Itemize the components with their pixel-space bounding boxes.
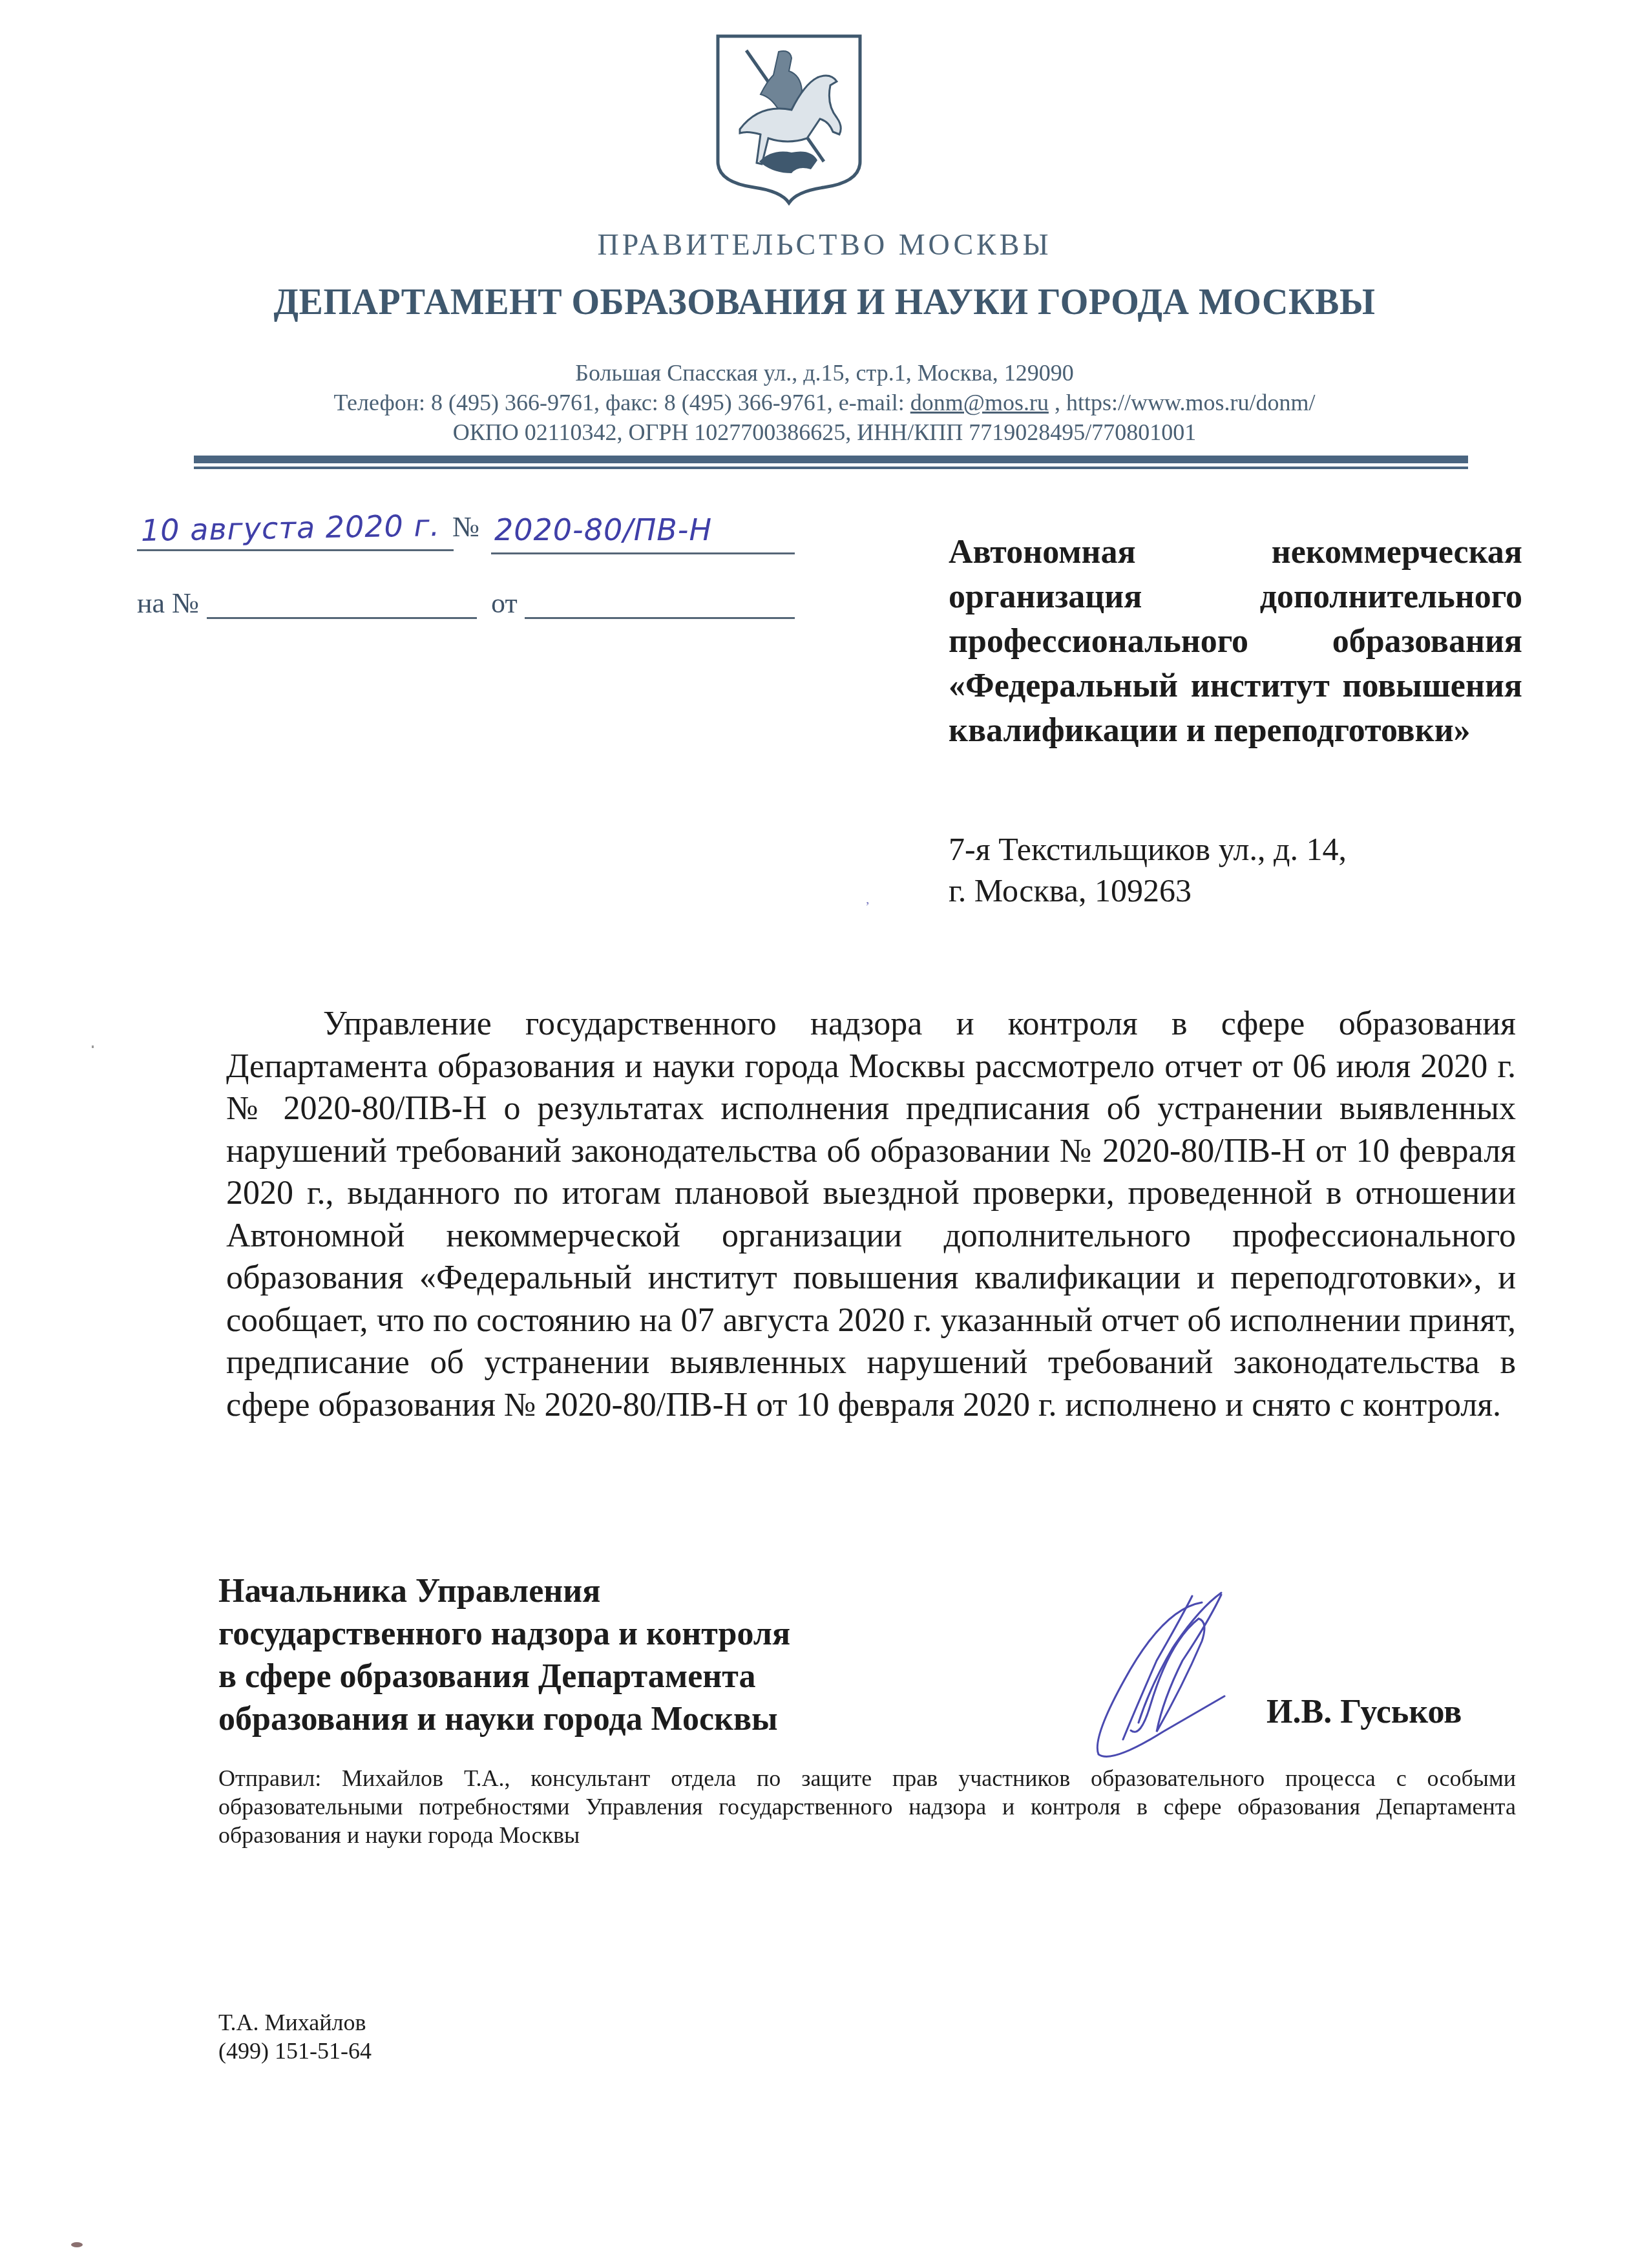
scan-speck (71, 2242, 83, 2247)
department-title: ДЕПАРТАМЕНТ ОБРАЗОВАНИЯ И НАУКИ ГОРОДА М… (0, 282, 1649, 323)
addressee-organization: Автономная некоммерческая организация до… (949, 530, 1522, 753)
government-title: ПРАВИТЕЛЬСТВО МОСКВЫ (0, 227, 1649, 262)
addressee-address-line1: 7-я Текстильщиков ул., д. 14, (949, 828, 1347, 870)
contact-person: Т.А. Михайлов (499) 151-51-64 (218, 2008, 372, 2065)
outgoing-number-handwritten: 2020-80/ПВ-Н (494, 512, 712, 547)
scan-speck: , (866, 890, 870, 907)
department-address: Большая Спасская ул., д.15, стр.1, Москв… (0, 359, 1649, 386)
sender-note: Отправил: Михайлов Т.А., консультант отд… (218, 1764, 1516, 1849)
scan-speck (92, 1045, 94, 1048)
addressee-address: 7-я Текстильщиков ул., д. 14, г. Москва,… (949, 828, 1347, 911)
contact-person-name: Т.А. Михайлов (218, 2008, 372, 2037)
email-link[interactable]: donm@mos.ru (910, 390, 1049, 415)
signer-title-line: образования и науки города Москвы (218, 1698, 790, 1741)
phone-fax-text: Телефон: 8 (495) 366-9761, факс: 8 (495)… (333, 390, 910, 415)
handwritten-signature-icon (1086, 1590, 1279, 1770)
reference-number-label: на № (137, 587, 199, 620)
addressee-address-line2: г. Москва, 109263 (949, 870, 1347, 911)
outgoing-date-handwritten: 10 августа 2020 г. (141, 508, 441, 548)
signer-title-line: Начальника Управления (218, 1570, 790, 1613)
signer-title-line: в сфере образования Департамента (218, 1655, 790, 1698)
reference-date-label: от (491, 587, 518, 620)
reference-date-field (525, 611, 795, 619)
letter-body: Управление государственного надзора и ко… (226, 1003, 1516, 1426)
moscow-coat-of-arms-icon (714, 32, 864, 205)
department-registry-codes: ОКПО 02110342, ОГРН 1027700386625, ИНН/К… (0, 419, 1649, 446)
department-contacts: Телефон: 8 (495) 366-9761, факс: 8 (495)… (0, 389, 1649, 416)
website-text: , https://www.mos.ru/donm/ (1049, 390, 1316, 415)
outgoing-number-label: № (452, 510, 479, 543)
signer-title: Начальника Управления государственного н… (218, 1570, 790, 1741)
letterhead-rule-thin (194, 467, 1468, 469)
letterhead-rule-thick (194, 456, 1468, 463)
reference-number-field (207, 611, 477, 619)
contact-person-phone: (499) 151-51-64 (218, 2037, 372, 2065)
signer-title-line: государственного надзора и контроля (218, 1613, 790, 1655)
signer-name: И.В. Гуськов (1266, 1693, 1462, 1731)
